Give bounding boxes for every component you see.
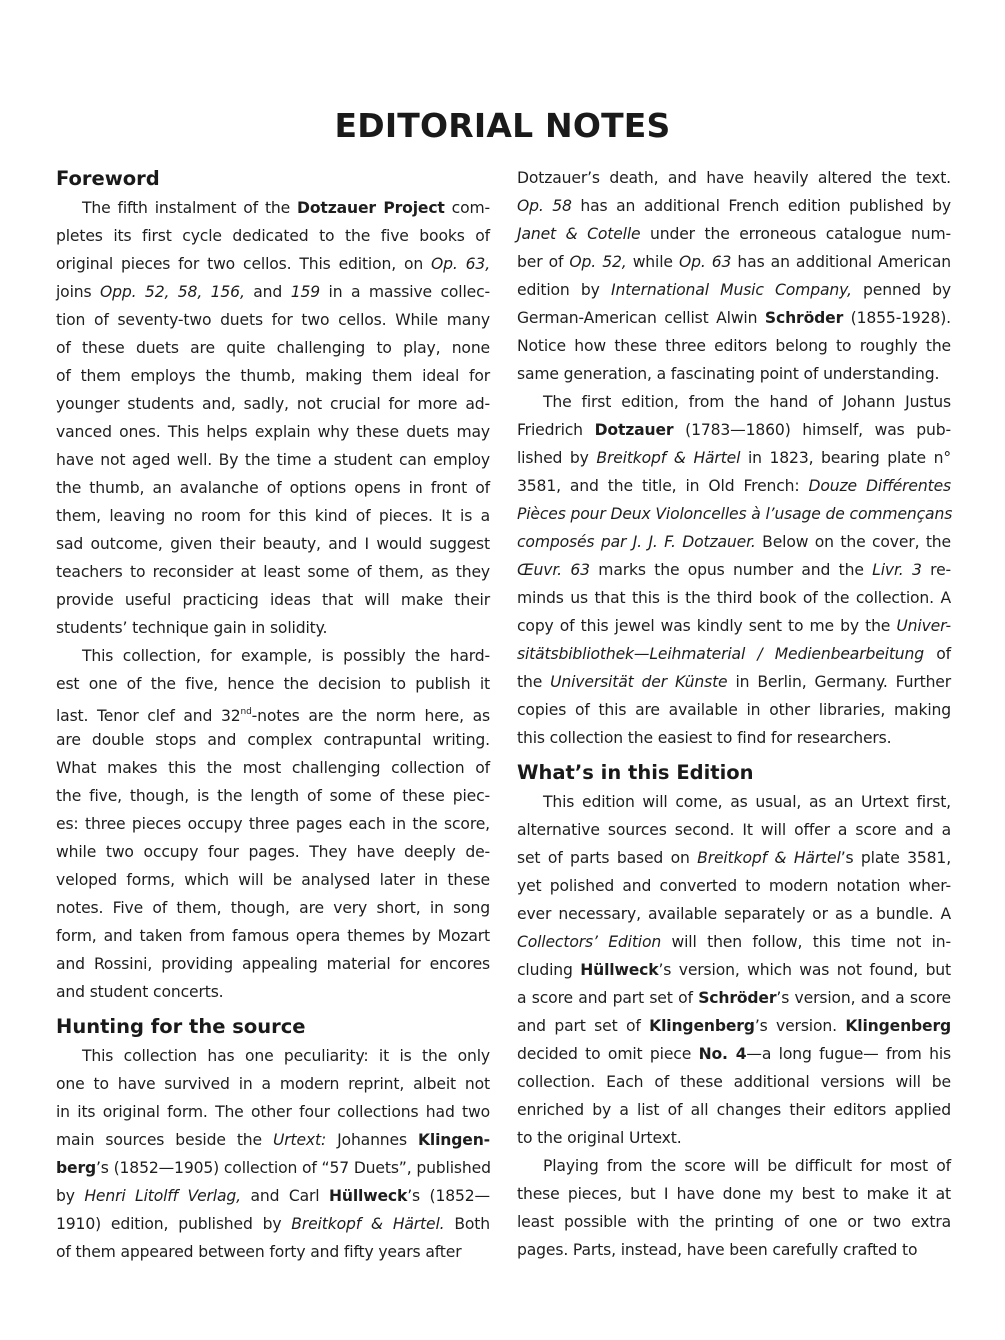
- text-line: Notice how these three editors belong to…: [517, 332, 951, 360]
- text-line: younger students and, sadly, not crucial…: [56, 390, 490, 418]
- text-line: of them employs the thumb, making them i…: [56, 362, 490, 390]
- right-column: Dotzauer’s death, and have heavily alter…: [517, 164, 951, 1264]
- text-line: es: three pieces occupy three pages each…: [56, 810, 490, 838]
- paragraph-foreword-1: The fifth instalment of the Dotzauer Pro…: [56, 194, 490, 642]
- text-line: German-American cellist Alwin Schröder (…: [517, 304, 951, 332]
- text-line: Dotzauer’s death, and have heavily alter…: [517, 164, 951, 192]
- text-line: Œuvr. 63 marks the opus number and the L…: [517, 556, 951, 584]
- text-line: last. Tenor clef and 32nd-notes are the …: [56, 698, 490, 726]
- text-line: The first edition, from the hand of Joha…: [517, 388, 951, 416]
- paragraph-foreword-2: This collection, for example, is possibl…: [56, 642, 490, 1006]
- text-line: cluding Hüllweck’s version, which was no…: [517, 956, 951, 984]
- text-line: original pieces for two cellos. This edi…: [56, 250, 490, 278]
- text-line: est one of the five, hence the decision …: [56, 670, 490, 698]
- text-line: sad outcome, given their beauty, and I w…: [56, 530, 490, 558]
- paragraph-edition-2: Playing from the score will be difficult…: [517, 1152, 951, 1264]
- text-line: and part set of Klingenberg’s version. K…: [517, 1012, 951, 1040]
- text-line: this collection the easiest to find for …: [517, 724, 951, 752]
- section-heading-whats-in-this-edition: What’s in this Edition: [517, 758, 951, 788]
- text-line: form, and taken from famous opera themes…: [56, 922, 490, 950]
- text-line: enriched by a list of all changes their …: [517, 1096, 951, 1124]
- text-line: Friedrich Dotzauer (1783—1860) himself, …: [517, 416, 951, 444]
- text-line: 1910) edition, published by Breitkopf & …: [56, 1210, 490, 1238]
- section-heading-foreword: Foreword: [56, 164, 490, 194]
- text-line: set of parts based on Breitkopf & Härtel…: [517, 844, 951, 872]
- text-line: lished by Breitkopf & Härtel in 1823, be…: [517, 444, 951, 472]
- text-line: decided to omit piece No. 4—a long fugue…: [517, 1040, 951, 1068]
- text-line: the thumb, an avalanche of options opens…: [56, 474, 490, 502]
- text-line: teachers to reconsider at least some of …: [56, 558, 490, 586]
- text-line: minds us that this is the third book of …: [517, 584, 951, 612]
- paragraph-hunting-continued: Dotzauer’s death, and have heavily alter…: [517, 164, 951, 388]
- text-line: This collection, for example, is possibl…: [56, 642, 490, 670]
- text-line: of these duets are quite challenging to …: [56, 334, 490, 362]
- text-line: a score and part set of Schröder’s versi…: [517, 984, 951, 1012]
- section-heading-hunting-for-the-source: Hunting for the source: [56, 1012, 490, 1042]
- text-line: 3581, and the title, in Old French: Douz…: [517, 472, 951, 500]
- text-line: pages. Parts, instead, have been careful…: [517, 1236, 951, 1264]
- text-line: sitätsbibliothek—Leihmaterial / Medienbe…: [517, 640, 951, 668]
- text-line: and student concerts.: [56, 978, 490, 1006]
- text-line: vanced ones. This helps explain why thes…: [56, 418, 490, 446]
- text-line: Janet & Cotelle under the erroneous cata…: [517, 220, 951, 248]
- text-line: one to have survived in a modern reprint…: [56, 1070, 490, 1098]
- text-line: the Universität der Künste in Berlin, Ge…: [517, 668, 951, 696]
- text-line: This collection has one peculiarity: it …: [56, 1042, 490, 1070]
- text-line: notes. Five of them, though, are very sh…: [56, 894, 490, 922]
- text-line: copy of this jewel was kindly sent to me…: [517, 612, 951, 640]
- text-line: This edition will come, as usual, as an …: [517, 788, 951, 816]
- text-line: Playing from the score will be difficult…: [517, 1152, 951, 1180]
- text-line: by Henri Litolff Verlag, and Carl Hüllwe…: [56, 1182, 490, 1210]
- text-line: collection. Each of these additional ver…: [517, 1068, 951, 1096]
- text-line: to the original Urtext.: [517, 1124, 951, 1152]
- text-line: and Rossini, providing appealing materia…: [56, 950, 490, 978]
- text-line: students’ technique gain in solidity.: [56, 614, 490, 642]
- text-line: same generation, a fascinating point of …: [517, 360, 951, 388]
- text-line: Op. 58 has an additional French edition …: [517, 192, 951, 220]
- text-line: while two occupy four pages. They have d…: [56, 838, 490, 866]
- text-line: ber of Op. 52, while Op. 63 has an addit…: [517, 248, 951, 276]
- text-line: The fifth instalment of the Dotzauer Pro…: [56, 194, 490, 222]
- text-line: Collectors’ Edition will then follow, th…: [517, 928, 951, 956]
- text-line: have not aged well. By the time a studen…: [56, 446, 490, 474]
- text-line: veloped forms, which will be analysed la…: [56, 866, 490, 894]
- text-line: copies of this are available in other li…: [517, 696, 951, 724]
- text-line: the five, though, is the length of some …: [56, 782, 490, 810]
- paragraph-hunting-1: This collection has one peculiarity: it …: [56, 1042, 490, 1266]
- page-title: EDITORIAL NOTES: [0, 106, 1005, 145]
- text-line: in its original form. The other four col…: [56, 1098, 490, 1126]
- paragraph-first-edition: The first edition, from the hand of Joha…: [517, 388, 951, 752]
- text-line: tion of seventy-two duets for two cellos…: [56, 306, 490, 334]
- text-line: edition by International Music Company, …: [517, 276, 951, 304]
- text-line: Pièces pour Deux Violoncelles à l’usage …: [517, 500, 951, 528]
- text-line: composés par J. J. F. Dotzauer. Below on…: [517, 528, 951, 556]
- text-line: What makes this the most challenging col…: [56, 754, 490, 782]
- text-line: berg’s (1852—1905) collection of “57 Due…: [56, 1154, 490, 1182]
- text-line: main sources beside the Urtext: Johannes…: [56, 1126, 490, 1154]
- text-line: ever necessary, available separately or …: [517, 900, 951, 928]
- text-line: alternative sources second. It will offe…: [517, 816, 951, 844]
- text-line: pletes its first cycle dedicated to the …: [56, 222, 490, 250]
- text-line: joins Opp. 52, 58, 156, and 159 in a mas…: [56, 278, 490, 306]
- text-line: least possible with the printing of one …: [517, 1208, 951, 1236]
- text-line: yet polished and converted to modern not…: [517, 872, 951, 900]
- paragraph-edition-1: This edition will come, as usual, as an …: [517, 788, 951, 1152]
- text-line: provide useful practicing ideas that wil…: [56, 586, 490, 614]
- text-line: are double stops and complex contrapunta…: [56, 726, 490, 754]
- left-column: Foreword The fifth instalment of the Dot…: [56, 164, 490, 1266]
- text-line: of them appeared between forty and fifty…: [56, 1238, 490, 1266]
- text-line: these pieces, but I have done my best to…: [517, 1180, 951, 1208]
- text-line: them, leaving no room for this kind of p…: [56, 502, 490, 530]
